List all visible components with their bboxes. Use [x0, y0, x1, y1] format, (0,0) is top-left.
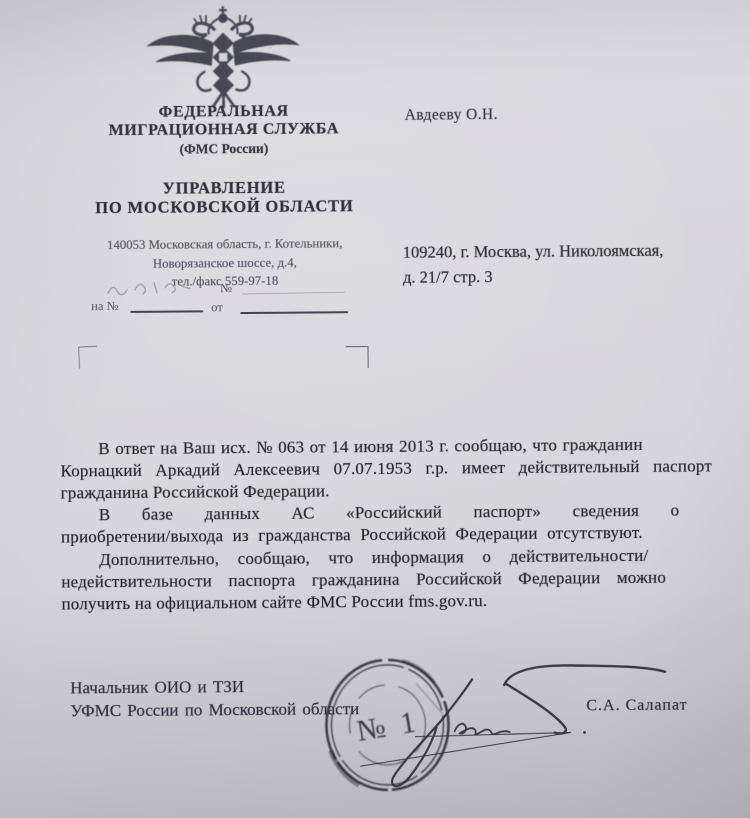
reply-ref-line	[130, 310, 203, 313]
org-name-line2: МИГРАЦИОННАЯ СЛУЖБА	[53, 120, 395, 141]
reply-from-label: от	[211, 300, 223, 315]
recipient-address-line2: д. 21/7 стр. 3	[403, 263, 664, 290]
recipient-address-line1: 109240, г. Москва, ул. Николоямская,	[403, 238, 664, 265]
recipient-address: 109240, г. Москва, ул. Николоямская, д. …	[403, 238, 664, 290]
document-content: ФЕДЕРАЛЬНАЯ МИГРАЦИОННАЯ СЛУЖБА (ФМС Рос…	[0, 0, 750, 818]
handwritten-date-mark-icon	[102, 273, 217, 307]
body-line: В ответ на Ваш исх. № 063 от 14 июня 201…	[60, 434, 730, 459]
ref-number-label: №	[220, 281, 232, 296]
letterhead: ФЕДЕРАЛЬНАЯ МИГРАЦИОННАЯ СЛУЖБА (ФМС Рос…	[52, 2, 396, 292]
address-corner-bracket-left	[78, 346, 98, 369]
signatory-position-line1: Начальник ОИО и ТЗИ	[70, 675, 359, 700]
signatory-position: Начальник ОИО и ТЗИ УФМС России по Моско…	[70, 675, 359, 722]
body-line: приобретении/выхода из гражданства Росси…	[61, 522, 731, 547]
signatory-position-line2: УФМС России по Московской области	[70, 698, 359, 723]
reply-ref-label: на №	[91, 299, 118, 314]
handwritten-signature-icon	[332, 633, 703, 811]
ref-number-line	[242, 292, 345, 295]
body-line: гражданина Российской Федерации.	[61, 478, 731, 503]
reply-date-line	[240, 311, 348, 314]
body-line: получить на официальном сайте ФМС России…	[61, 589, 731, 614]
address-corner-bracket-right	[346, 346, 369, 368]
signatory-name: С.А. Салапат	[586, 697, 687, 716]
recipient-name: Авдееву О.Н.	[405, 106, 498, 125]
body-line: недействительности паспорта гражданина Р…	[61, 567, 731, 592]
scanned-letter-page: ФЕДЕРАЛЬНАЯ МИГРАЦИОННАЯ СЛУЖБА (ФМС Рос…	[0, 0, 750, 818]
body-line: Дополнительно, сообщаю, что информация о…	[61, 545, 731, 570]
double-headed-eagle-emblem-icon	[143, 3, 304, 110]
body-line: В базе данных АС «Российский паспорт» св…	[61, 500, 731, 525]
division-line2: ПО МОСКОВСКОЙ ОБЛАСТИ	[53, 196, 395, 218]
body-line: Корнацкий Аркадий Алексеевич 07.07.1953 …	[60, 456, 730, 481]
org-abbreviation: (ФМС России)	[53, 140, 395, 159]
